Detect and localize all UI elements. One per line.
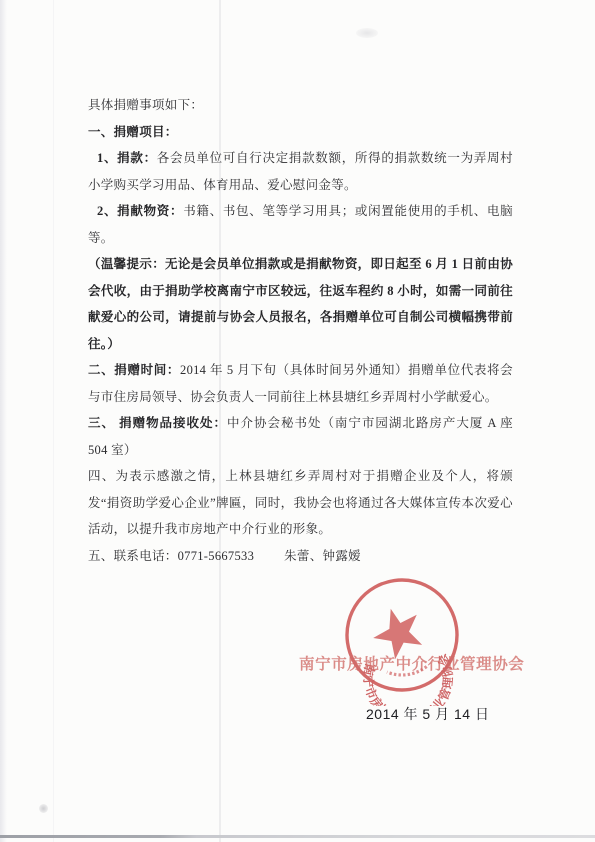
scan-fold-line-left [53, 0, 54, 842]
contact-names: 朱蕾、钟露嫒 [284, 549, 361, 563]
section4-text: 四、为表示感激之情，上林县塘红乡弄周村对于捐赠企业及个人，将颁发“捐资助学爱心企… [88, 469, 513, 536]
intro-line: 具体捐赠事项如下： [88, 92, 513, 119]
document-date: 2014 年 5 月 14 日 [366, 704, 489, 724]
section2-label: 二、捐赠时间： [88, 363, 180, 377]
tip-text: （温馨提示：无论是会员单位捐款或是捐献物资，即日起至 6 月 1 日前由协会代收… [88, 257, 513, 351]
friendly-reminder-paragraph: （温馨提示：无论是会员单位捐款或是捐献物资，即日起至 6 月 1 日前由协会代收… [88, 251, 513, 357]
section1-heading-text: 一、捐赠项目： [88, 125, 178, 139]
item1-label: 1、捐款： [97, 151, 157, 165]
section3-label: 三、 捐赠物品接收处： [88, 416, 227, 430]
section5-paragraph: 五、联系电话：0771-5667533朱蕾、钟露嫒 [88, 543, 513, 570]
scanned-document-page: 具体捐赠事项如下： 一、捐赠项目： 1、捐款：各会员单位可自行决定捐款数额，所得… [0, 0, 595, 842]
item2-label: 2、捐献物资： [97, 204, 183, 218]
document-body: 具体捐赠事项如下： 一、捐赠项目： 1、捐款：各会员单位可自行决定捐款数额，所得… [88, 92, 513, 569]
section5-label: 五、联系电话： [88, 549, 178, 563]
donation-item1-paragraph: 1、捐款：各会员单位可自行决定捐款数额，所得的捐款数统一为弄周村小学购买学习用品… [88, 145, 513, 198]
scan-left-edge-shadow [0, 0, 7, 842]
contact-phone-number: 0771-5667533 [178, 549, 255, 563]
section3-paragraph: 三、 捐赠物品接收处：中介协会秘书处（南宁市园湖北路房产大厦 A 座 504 室… [88, 410, 513, 463]
official-seal-stamp-icon: 南宁市房地产中介行业管理协会 [330, 568, 478, 706]
scan-smudge [39, 804, 48, 813]
intro-text: 具体捐赠事项如下： [88, 98, 203, 112]
section1-heading: 一、捐赠项目： [88, 119, 513, 146]
scan-smudge [356, 28, 378, 38]
section4-paragraph: 四、为表示感激之情，上林县塘红乡弄周村对于捐赠企业及个人，将颁发“捐资助学爱心企… [88, 463, 513, 543]
scan-bottom-edge-line [0, 835, 595, 838]
donation-item2-paragraph: 2、捐献物资：书籍、书包、笔等学习用具；或闲置能使用的手机、电脑等。 [88, 198, 513, 251]
association-name-red-text: 南宁市房地产中介行业管理协会 [299, 652, 529, 674]
section2-paragraph: 二、捐赠时间：2014 年 5 月下旬（具体时间另外通知）捐赠单位代表将会与市住… [88, 357, 513, 410]
